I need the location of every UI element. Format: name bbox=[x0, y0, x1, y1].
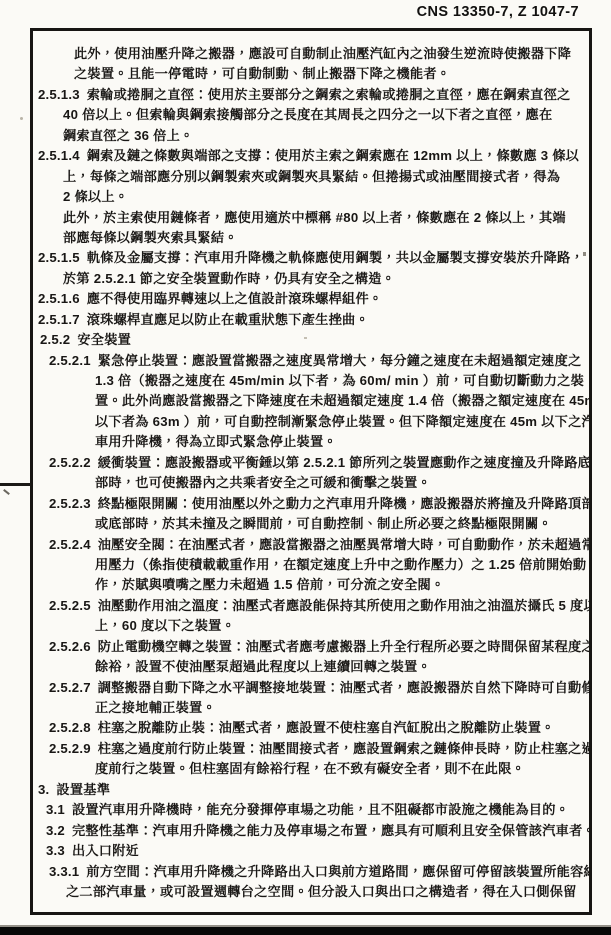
clause-continuation-line: 作，於賦與噴嘴之壓力未超過 1.5 倍前，可分流之安全閥。 bbox=[33, 575, 589, 595]
document-body: 此外，使用油壓升降之搬器，應設可自動制止油壓汽缸內之油發生逆流時使搬器下降之裝置… bbox=[33, 44, 589, 902]
clause-text: 油壓安全閥：在油壓式者，應設當搬器之油壓異常增大時，可自動動作，於未超過常 bbox=[98, 537, 592, 552]
clause-continuation-line: 置。此外尚應設當搬器之下降速度在未超過額定速度 1.4 倍（搬器之額定速度在 4… bbox=[33, 391, 589, 411]
clause-2-5-2-4: 2.5.2.4油壓安全閥：在油壓式者，應設當搬器之油壓異常增大時，可自動動作，於… bbox=[33, 535, 589, 555]
clause-2-5-2-1: 2.5.2.1緊急停止裝置：應設置當搬器之速度異常增大，每分鐘之速度在未超過額定… bbox=[33, 351, 589, 371]
scan-tick-artifact bbox=[3, 489, 10, 495]
scan-noise-speck bbox=[20, 117, 23, 120]
clause-3-1: 3.1設置汽車用升降機時，能充分發揮停車場之功能，且不阻礙都市設施之機能為目的。 bbox=[33, 800, 589, 820]
clause-continuation-line: 2 條以上。 bbox=[33, 187, 589, 207]
clause-2-5-2-7: 2.5.2.7調整搬器自動下降之水平調整接地裝置：油壓式者，應設搬器於自然下降時… bbox=[33, 678, 589, 698]
clause-continuation-line: 用壓力（係指使積載載重作用，在額定速度上升中之動作壓力）之 1.25 倍前開始動 bbox=[33, 555, 589, 575]
clause-text: 完整性基準：汽車用升降機之能力及停車場之布置，應具有可順利且安全保管該汽車者。 bbox=[72, 823, 592, 838]
clause-2-5-2-6: 2.5.2.6防止電動機空轉之裝置：油壓式者應考慮搬器上升全行程所必要之時間保留… bbox=[33, 637, 589, 657]
clause-text: 緊急停止裝置：應設置當搬器之速度異常增大，每分鐘之速度在未超過額定速度之 bbox=[98, 353, 582, 368]
clause-continuation-line: 正之接地輔正裝置。 bbox=[33, 698, 589, 718]
clause-number: 3.3.1 bbox=[49, 864, 79, 879]
clause-continuation-line: 40 倍以上。但索輪與鋼索接觸部分之長度在其周長之四分之一以下者之直徑，應在 bbox=[33, 105, 589, 125]
clause-2-5-1-6: 2.5.1.6應不得使用臨界轉速以上之值設計滾珠螺桿組件。 bbox=[33, 289, 589, 309]
standard-number-header: CNS 13350-7, Z 1047-7 bbox=[417, 4, 579, 20]
clause-number: 3.2 bbox=[46, 823, 65, 838]
clause-3-2: 3.2完整性基準：汽車用升降機之能力及停車場之布置，應具有可順利且安全保管該汽車… bbox=[33, 821, 589, 841]
clause-2-5-2: 2.5.2安全裝置 bbox=[33, 330, 589, 350]
clause-number: 3.3 bbox=[46, 843, 65, 858]
clause-number: 2.5.1.4 bbox=[38, 148, 80, 163]
clause-number: 3.1 bbox=[46, 802, 65, 817]
clause-text: 油壓動作用油之溫度：油壓式者應設能保持其所使用之動作用油之油溫於攝氏 5 度以 bbox=[98, 598, 592, 613]
clause-continuation-line: 以下者為 63m ）前，可自動控制漸緊急停止裝置。但下降額定速度在 45m 以下… bbox=[33, 412, 589, 432]
clause-continuation-line: 餘裕，設置不使油壓泵超過此程度以上連續回轉之裝置。 bbox=[33, 657, 589, 677]
clause-text: 應不得使用臨界轉速以上之值設計滾珠螺桿組件。 bbox=[87, 291, 383, 306]
clause-continuation-line: 度前行之裝置。但柱塞固有餘裕行程，在不致有礙安全者，則不在此限。 bbox=[33, 759, 589, 779]
clause-continuation-line: 鋼索直徑之 36 倍上。 bbox=[33, 126, 589, 146]
clause-continuation-line: 車用升降機，得為立即式緊急停止裝置。 bbox=[33, 432, 589, 452]
clause-continuation-line: 之二部汽車量，或可設置週轉台之空間。但分設入口與出口之構造者，得在入口側保留 bbox=[33, 882, 589, 902]
clause-text: 滾珠螺桿直應足以防止在載重狀態下產生挫曲。 bbox=[87, 312, 369, 327]
clause-continuation-line: 上，60 度以下之裝置。 bbox=[33, 616, 589, 636]
clause-continuation-line: 於第 2.5.2.1 節之安全裝置動作時，仍具有安全之構造。 bbox=[33, 269, 589, 289]
document-page: CNS 13350-7, Z 1047-7 此外，使用油壓升降之搬器，應設可自動… bbox=[0, 0, 611, 935]
clause-2-5-1-3: 2.5.1.3索輪或捲胴之直徑：使用於主要部分之鋼索之索輪或捲胴之直徑，應在鋼索… bbox=[33, 85, 589, 105]
clause-text: 出入口附近 bbox=[72, 843, 139, 858]
clause-text: 安全裝置 bbox=[77, 332, 131, 347]
clause-number: 2.5.2.7 bbox=[49, 680, 91, 695]
paragraph-line: 此外，於主索使用鏈條者，應使用適於中標稱 #80 以上者，條數應在 2 條以上，… bbox=[33, 208, 589, 228]
clause-number: 2.5.2.3 bbox=[49, 496, 91, 511]
clause-number: 3. bbox=[38, 782, 49, 797]
clause-2-5-2-3: 2.5.2.3終點極限開關：使用油壓以外之動力之汽車用升降機，應設搬器於將撞及升… bbox=[33, 494, 589, 514]
clause-text: 前方空間：汽車用升降機之升降路出入口與前方道路間，應保留可停留該裝置所能容納 bbox=[86, 864, 592, 879]
clause-text: 防止電動機空轉之裝置：油壓式者應考慮搬器上升全行程所必要之時間保留某程度之 bbox=[98, 639, 592, 654]
paragraph-line: 之裝置。且能一停電時，可自動制動、制止搬器下降之機能者。 bbox=[33, 64, 589, 84]
scan-edge-artifact bbox=[0, 483, 31, 486]
clause-number: 2.5.2.8 bbox=[49, 720, 91, 735]
scan-bottom-bar bbox=[0, 925, 611, 935]
clause-2-5-2-2: 2.5.2.2緩衝裝置：應設搬器或平衡錘以第 2.5.2.1 節所列之裝置應動作… bbox=[33, 453, 589, 473]
clause-text: 調整搬器自動下降之水平調整接地裝置：油壓式者，應設搬器於自然下降時可自動修 bbox=[98, 680, 592, 695]
clause-number: 2.5.1.7 bbox=[38, 312, 80, 327]
clause-2-5-1-7: 2.5.1.7滾珠螺桿直應足以防止在載重狀態下產生挫曲。 bbox=[33, 310, 589, 330]
scan-noise-speck bbox=[583, 252, 586, 256]
clause-text: 終點極限開關：使用油壓以外之動力之汽車用升降機，應設搬器於將撞及升降路頂部 bbox=[98, 496, 592, 511]
clause-number: 2.5.2 bbox=[40, 332, 70, 347]
clause-number: 2.5.1.6 bbox=[38, 291, 80, 306]
clause-number: 2.5.2.4 bbox=[49, 537, 91, 552]
clause-text: 軌條及金屬支撐：汽車用升降機之軌條應使用鋼製，共以金屬製支撐安裝於升降路， bbox=[87, 250, 584, 265]
clause-number: 2.5.2.2 bbox=[49, 455, 91, 470]
content-frame: 此外，使用油壓升降之搬器，應設可自動制止油壓汽缸內之油發生逆流時使搬器下降之裝置… bbox=[30, 28, 592, 915]
clause-2-5-2-5: 2.5.2.5油壓動作用油之溫度：油壓式者應設能保持其所使用之動作用油之油溫於攝… bbox=[33, 596, 589, 616]
clause-number: 2.5.2.1 bbox=[49, 353, 91, 368]
clause-number: 2.5.2.5 bbox=[49, 598, 91, 613]
clause-2-5-1-4: 2.5.1.4鋼索及鏈之條數與端部之支撐：使用於主索之鋼索應在 12mm 以上，… bbox=[33, 146, 589, 166]
scan-noise-speck bbox=[304, 337, 307, 339]
clause-number: 2.5.1.3 bbox=[38, 87, 80, 102]
clause-text: 索輪或捲胴之直徑：使用於主要部分之鋼索之索輪或捲胴之直徑，應在鋼索直徑之 bbox=[87, 87, 571, 102]
clause-2-5-2-9: 2.5.2.9柱塞之過度前行防止裝置：油壓間接式者，應設置鋼索之鏈條伸長時，防止… bbox=[33, 739, 589, 759]
clause-text: 設置汽車用升降機時，能充分發揮停車場之功能，且不阻礙都市設施之機能為目的。 bbox=[72, 802, 569, 817]
clause-text: 鋼索及鏈之條數與端部之支撐：使用於主索之鋼索應在 12mm 以上，條數應 3 條… bbox=[87, 148, 579, 163]
clause-text: 柱塞之脫離防止裝：油壓式者，應設置不使柱塞自汽缸脫出之脫離防止裝置。 bbox=[98, 720, 555, 735]
clause-number: 2.5.1.5 bbox=[38, 250, 80, 265]
clause-continuation-line: 上，每條之端部應分別以鋼製索夾或鋼製夾具緊結。但捲揚式或油壓間接式者，得為 bbox=[33, 167, 589, 187]
clause-3-3-1: 3.3.1前方空間：汽車用升降機之升降路出入口與前方道路間，應保留可停留該裝置所… bbox=[33, 862, 589, 882]
clause-continuation-line: 1.3 倍（搬器之速度在 45m/min 以下者，為 60m/ min ）前，可… bbox=[33, 371, 589, 391]
clause-continuation-line: 部時，也可使搬器內之共乘者安全之可緩和衝擊之裝置。 bbox=[33, 473, 589, 493]
clause-continuation-line: 或底部時，於其未撞及之瞬間前，可自動控制、制止所必要之終點極限開關。 bbox=[33, 514, 589, 534]
clause-text: 設置基準 bbox=[56, 782, 110, 797]
clause-number: 2.5.2.9 bbox=[49, 741, 91, 756]
clause-3-3: 3.3出入口附近 bbox=[33, 841, 589, 861]
clause-2-5-1-5: 2.5.1.5軌條及金屬支撐：汽車用升降機之軌條應使用鋼製，共以金屬製支撐安裝於… bbox=[33, 248, 589, 268]
clause-2-5-2-8: 2.5.2.8柱塞之脫離防止裝：油壓式者，應設置不使柱塞自汽缸脫出之脫離防止裝置… bbox=[33, 718, 589, 738]
paragraph-line: 此外，使用油壓升降之搬器，應設可自動制止油壓汽缸內之油發生逆流時使搬器下降 bbox=[33, 44, 589, 64]
clause-number: 2.5.2.6 bbox=[49, 639, 91, 654]
clause-text: 柱塞之過度前行防止裝置：油壓間接式者，應設置鋼索之鏈條伸長時，防止柱塞之過 bbox=[98, 741, 592, 756]
clause-3: 3.設置基準 bbox=[33, 780, 589, 800]
paragraph-line: 部應每條以鋼製夾索具緊結。 bbox=[33, 228, 589, 248]
clause-text: 緩衝裝置：應設搬器或平衡錘以第 2.5.2.1 節所列之裝置應動作之速度撞及升降… bbox=[98, 455, 591, 470]
